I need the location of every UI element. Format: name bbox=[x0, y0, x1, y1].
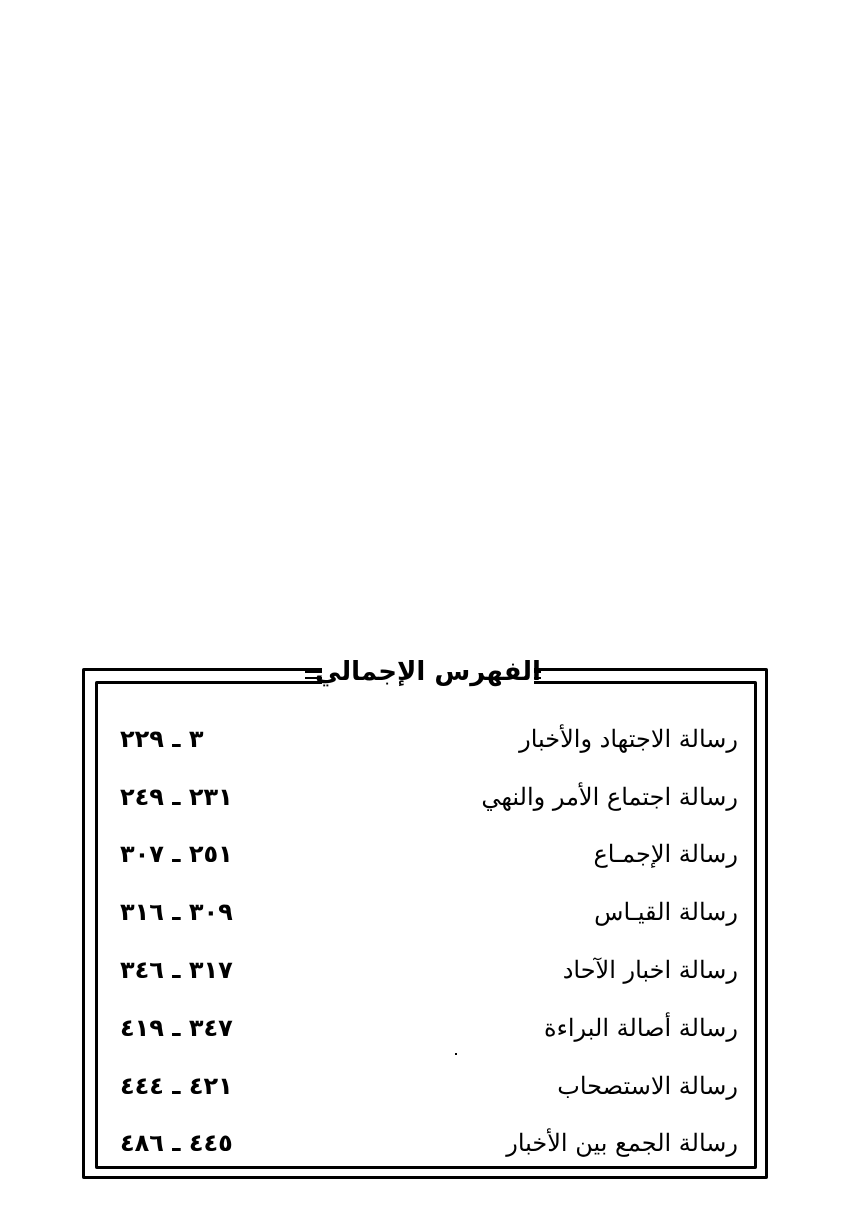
toc-entry-title: رسالة الجمع بين الأخبار bbox=[506, 1129, 738, 1157]
toc-entry-pages: ٣٤٧ ـ ٤١٩ bbox=[120, 1014, 245, 1042]
toc-entry: رسالة الإجمـاع ٢٥١ ـ ٣٠٧ bbox=[110, 826, 738, 884]
toc-entry-title: رسالة اخبار الآحاد bbox=[563, 956, 738, 984]
toc-entry: رسالة أصالة البراءة ٣٤٧ ـ ٤١٩ bbox=[110, 999, 738, 1057]
toc-entry: رسالة القيـاس ٣٠٩ ـ ٣١٦ bbox=[110, 883, 738, 941]
table-of-contents: رسالة الاجتهاد والأخبار ٣ ـ ٢٢٩ رسالة اج… bbox=[110, 710, 738, 1172]
toc-entry: رسالة الاجتهاد والأخبار ٣ ـ ٢٢٩ bbox=[110, 710, 738, 768]
title-container: الفهرس الإجمالي bbox=[322, 652, 534, 692]
toc-entry-pages: ٣٠٩ ـ ٣١٦ bbox=[120, 898, 245, 926]
document-page: الفهرس الإجمالي رسالة الاجتهاد والأخبار … bbox=[0, 0, 852, 1224]
toc-entry-pages: ٢٥١ ـ ٣٠٧ bbox=[120, 840, 245, 868]
toc-entry-pages: ٣ ـ ٢٢٩ bbox=[120, 725, 245, 753]
toc-entry-title: رسالة الاجتهاد والأخبار bbox=[519, 725, 738, 753]
toc-entry-title: رسالة الإجمـاع bbox=[593, 840, 738, 868]
toc-entry-pages: ٢٣١ ـ ٢٤٩ bbox=[120, 783, 245, 811]
toc-entry-title: رسالة القيـاس bbox=[594, 898, 738, 926]
toc-entry-title: رسالة الاستصحاب bbox=[557, 1072, 738, 1100]
toc-entry-pages: ٤٢١ ـ ٤٤٤ bbox=[120, 1072, 245, 1100]
scan-speck bbox=[455, 1053, 457, 1055]
toc-entry-title: رسالة أصالة البراءة bbox=[544, 1014, 738, 1042]
page-title: الفهرس الإجمالي bbox=[315, 659, 541, 685]
toc-entry-pages: ٣١٧ ـ ٣٤٦ bbox=[120, 956, 245, 984]
toc-entry: رسالة اخبار الآحاد ٣١٧ ـ ٣٤٦ bbox=[110, 941, 738, 999]
toc-entry: رسالة اجتماع الأمر والنهي ٢٣١ ـ ٢٤٩ bbox=[110, 768, 738, 826]
toc-entry: رسالة الاستصحاب ٤٢١ ـ ٤٤٤ bbox=[110, 1057, 738, 1115]
toc-entry: رسالة الجمع بين الأخبار ٤٤٥ ـ ٤٨٦ bbox=[110, 1115, 738, 1173]
toc-entry-title: رسالة اجتماع الأمر والنهي bbox=[481, 783, 738, 811]
toc-entry-pages: ٤٤٥ ـ ٤٨٦ bbox=[120, 1129, 245, 1157]
